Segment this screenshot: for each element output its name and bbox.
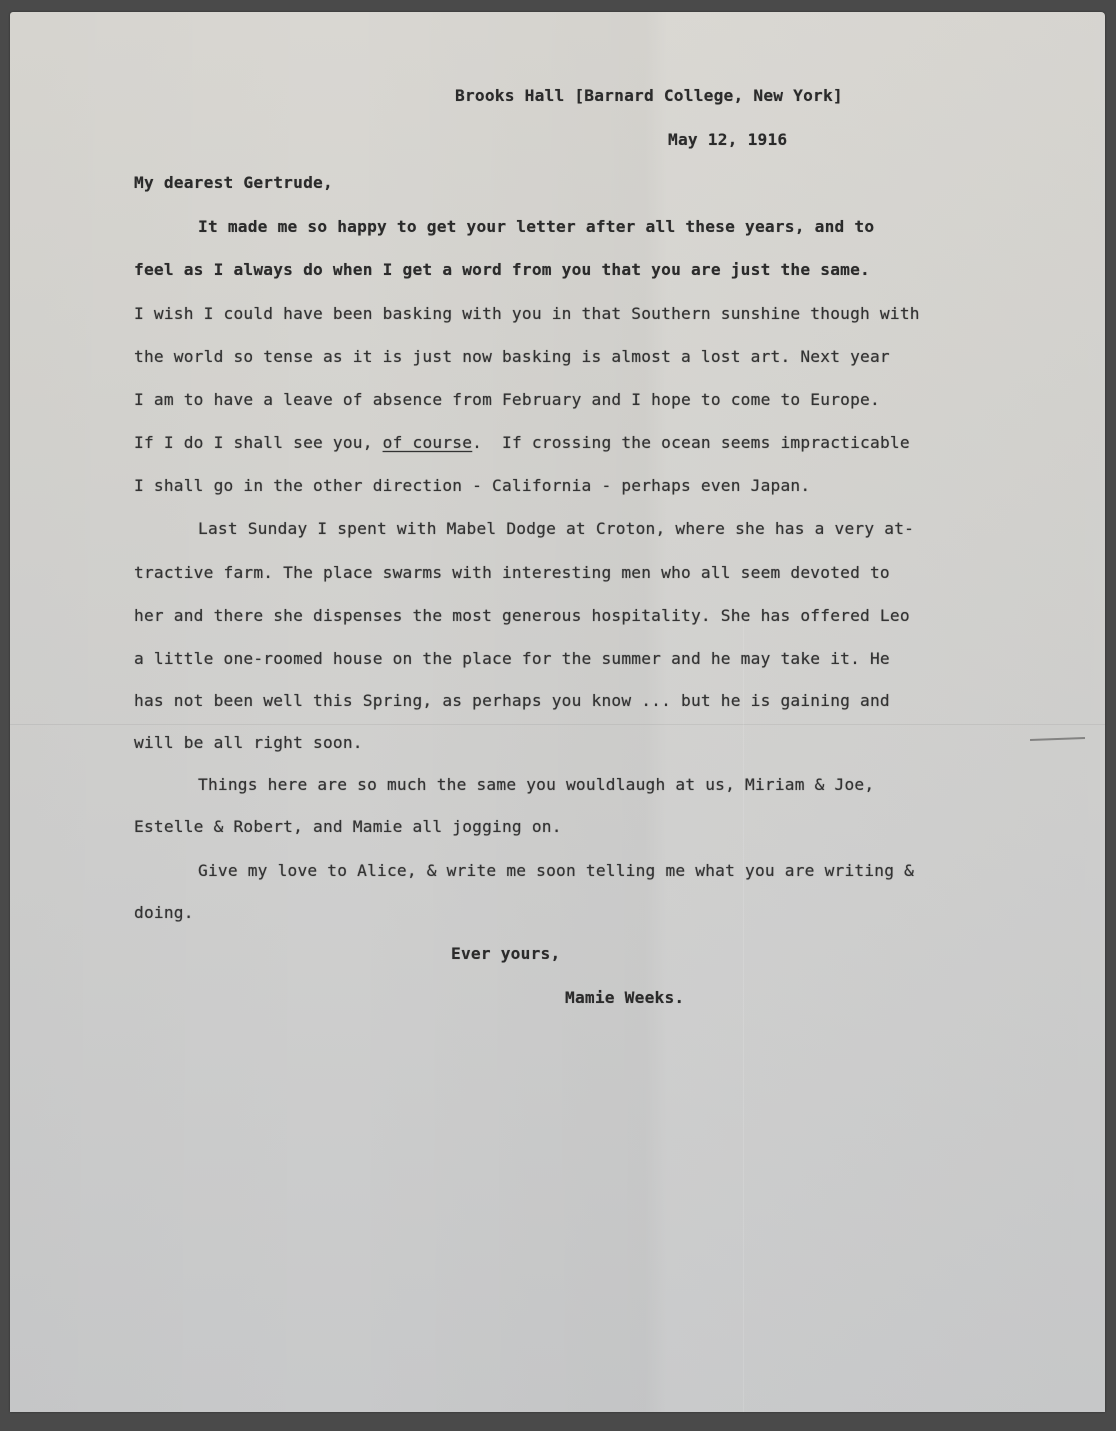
body-line: Things here are so much the same you wou…: [198, 775, 874, 795]
body-line: a little one-roomed house on the place f…: [134, 649, 890, 669]
body-line: I wish I could have been basking with yo…: [134, 304, 920, 324]
body-line: the world so tense as it is just now bas…: [134, 347, 890, 367]
body-line: Last Sunday I spent with Mabel Dodge at …: [198, 519, 914, 539]
body-line: Give my love to Alice, & write me soon t…: [198, 861, 914, 881]
body-line: feel as I always do when I get a word fr…: [134, 260, 870, 280]
body-line: will be all right soon.: [134, 733, 363, 753]
letter-signature: Mamie Weeks.: [565, 988, 684, 1008]
underlined-text: of course: [383, 433, 473, 452]
paper-vertical-fold: [743, 612, 744, 1412]
body-line: tractive farm. The place swarms with int…: [134, 563, 890, 583]
paper-fold-line: [10, 724, 1105, 725]
letter-address: Brooks Hall [Barnard College, New York]: [455, 86, 843, 106]
body-line: doing.: [134, 903, 194, 923]
body-line: If I do I shall see you, of course. If c…: [134, 433, 910, 453]
body-line-start: If I do I shall see you,: [134, 433, 383, 452]
body-line-end: . If crossing the ocean seems impractica…: [472, 433, 910, 452]
paper-tear: [1030, 737, 1085, 741]
body-line: It made me so happy to get your letter a…: [198, 217, 874, 237]
body-line: her and there she dispenses the most gen…: [134, 606, 910, 626]
body-line: has not been well this Spring, as perhap…: [134, 691, 890, 711]
body-line: Estelle & Robert, and Mamie all jogging …: [134, 817, 562, 837]
letter-salutation: My dearest Gertrude,: [134, 173, 333, 193]
letter-date: May 12, 1916: [668, 130, 787, 150]
letter-closing: Ever yours,: [451, 944, 560, 964]
body-line: I am to have a leave of absence from Feb…: [134, 390, 880, 410]
body-line: I shall go in the other direction - Cali…: [134, 476, 810, 496]
